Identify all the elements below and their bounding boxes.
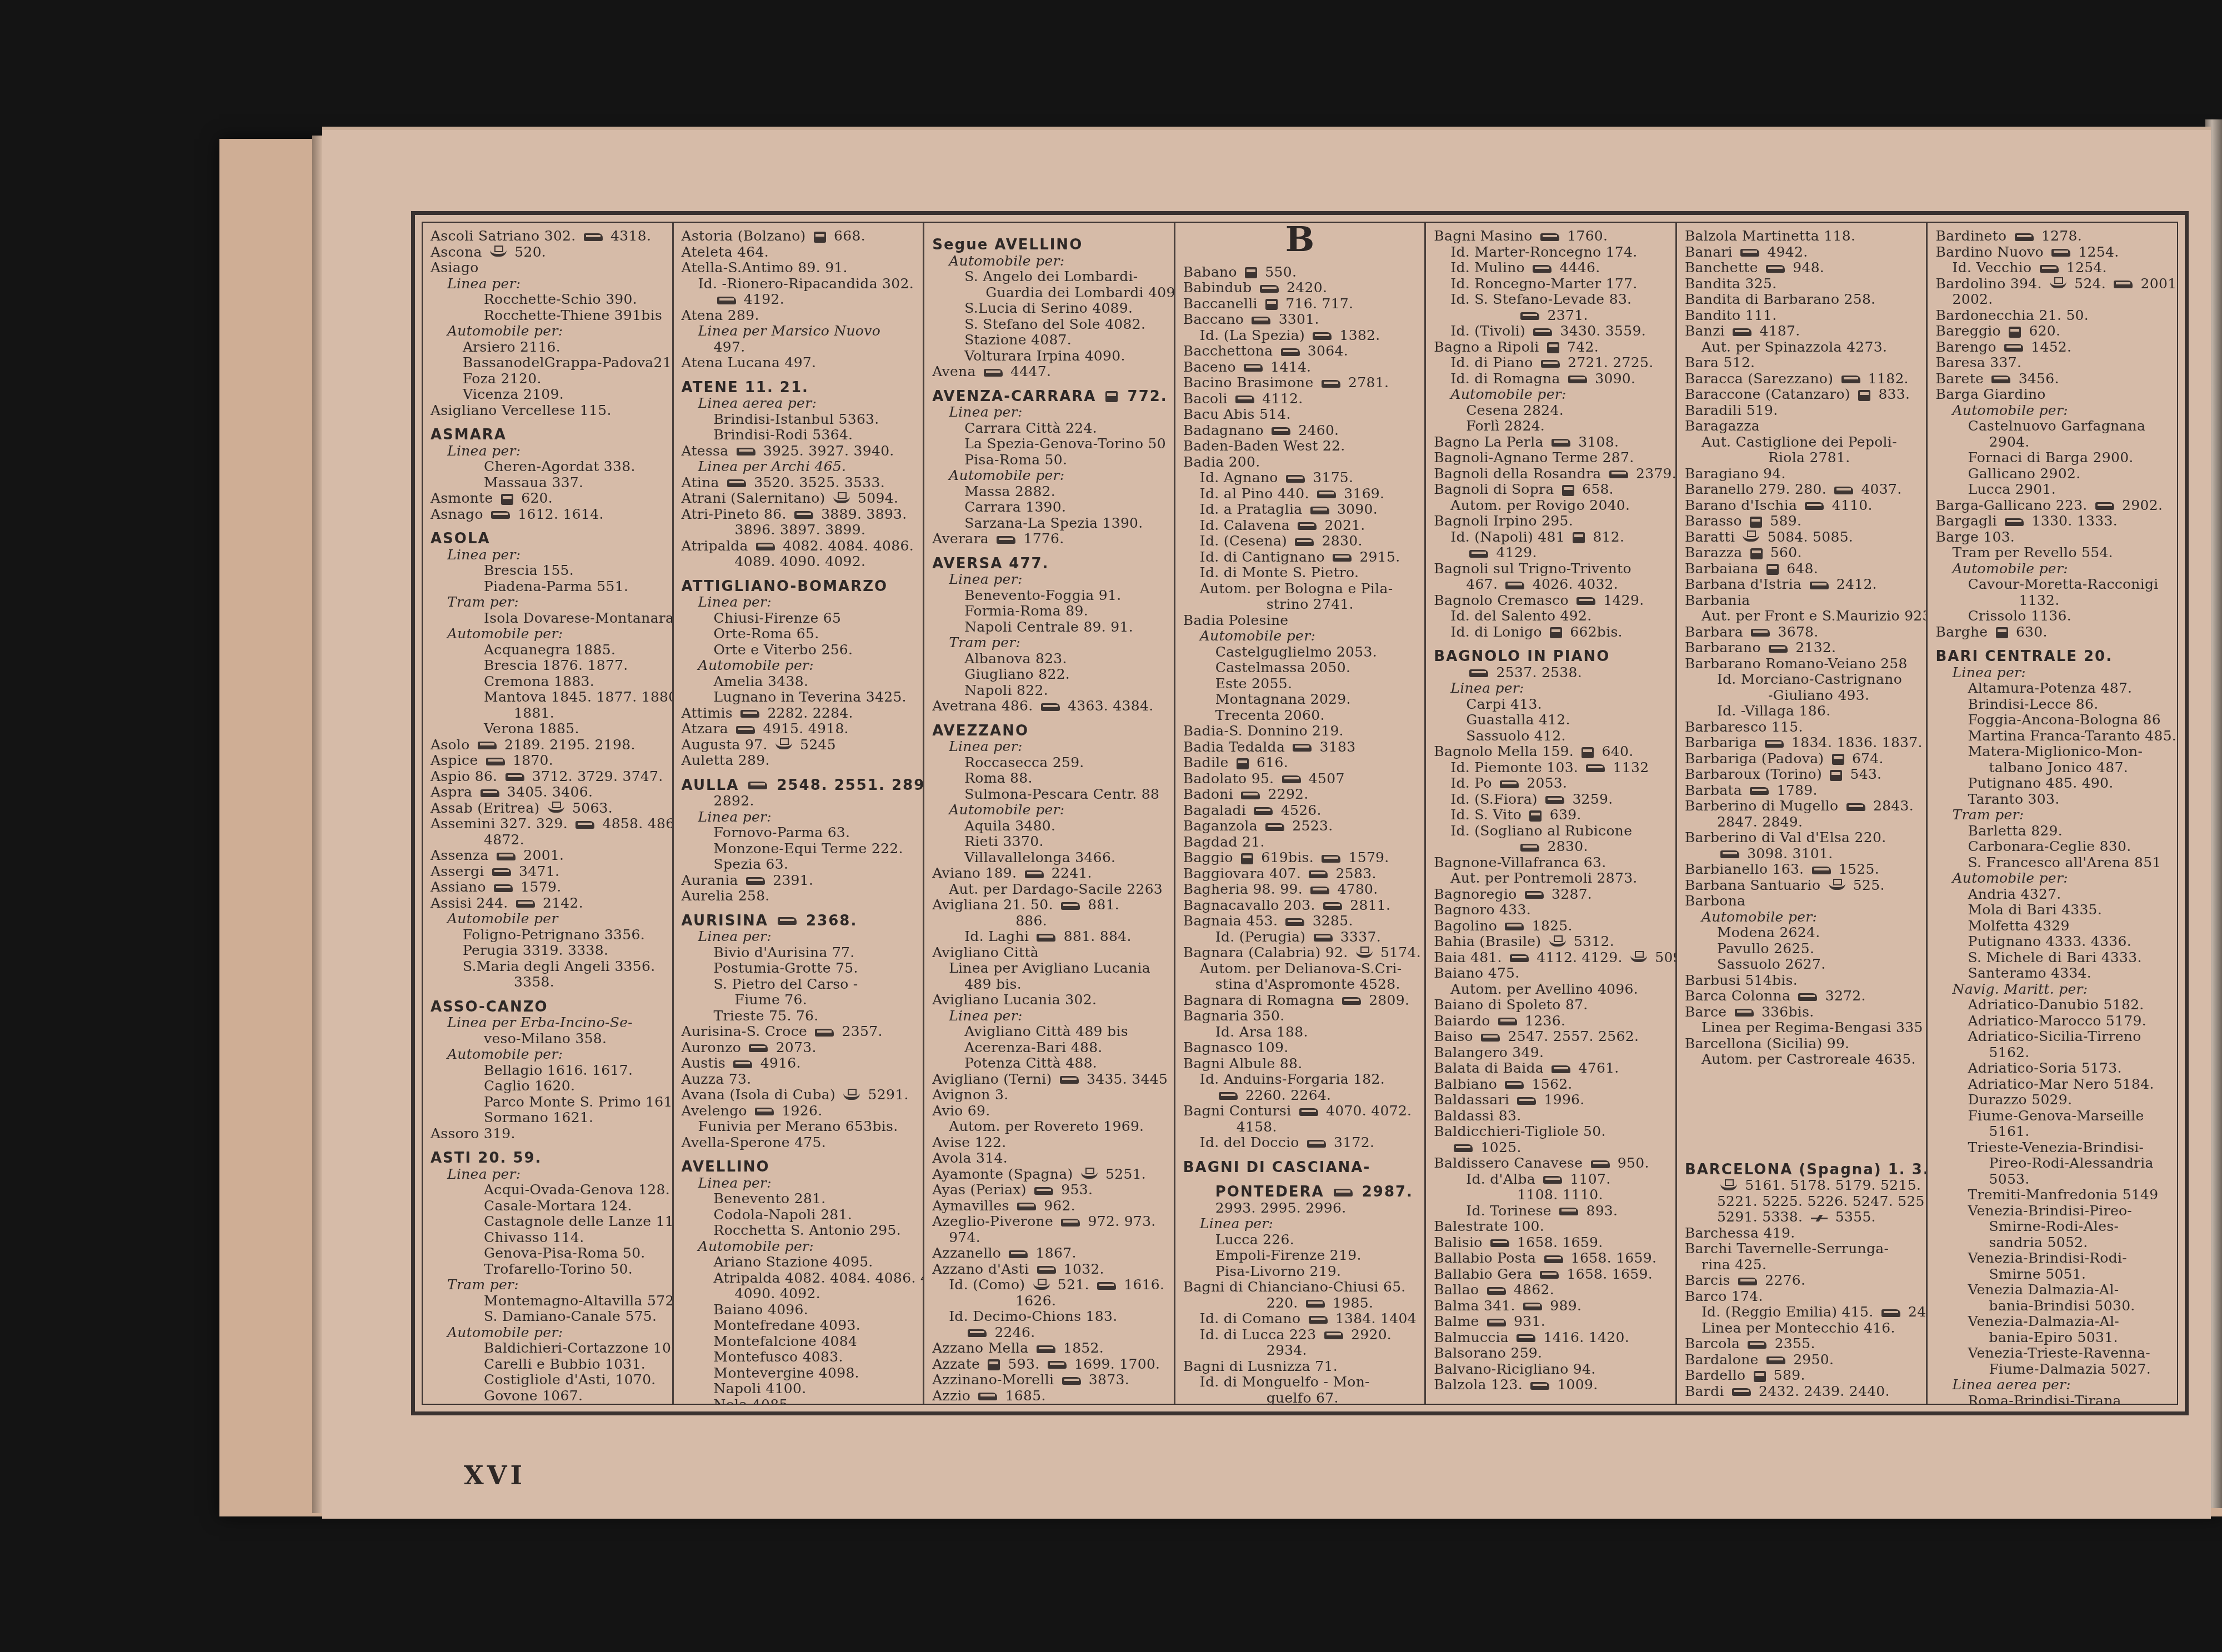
autobus-icon — [2040, 265, 2059, 273]
ship-icon — [2050, 281, 2066, 288]
index-entry: Barberino di Mugello 2843. — [1685, 798, 1921, 814]
autobus-icon — [1260, 285, 1279, 293]
ship-icon — [1549, 939, 1566, 947]
index-entry: 3896. 3897. 3899. — [682, 522, 918, 538]
autobus-icon — [794, 511, 813, 519]
index-entry: Bagni Masino 1760. — [1434, 228, 1670, 244]
index-entry: Mola di Bari 4335. — [1935, 902, 2171, 918]
autobus-icon — [1309, 870, 1328, 878]
index-entry: 2830. — [1434, 839, 1670, 855]
tram-icon — [1550, 627, 1562, 638]
index-entry: guelfo 67. — [1183, 1390, 1419, 1404]
index-entry: Pisa-Livorno 219. — [1183, 1264, 1419, 1280]
index-entry: Id. (Tivoli) 3430. 3559. — [1434, 323, 1670, 339]
index-entry: Bandita 325. — [1685, 276, 1921, 292]
index-entry: Barberino di Val d'Elsa 220. — [1685, 830, 1921, 846]
index-entry: Id. Marter-Roncegno 174. — [1434, 244, 1670, 261]
index-entry: Bagnara (Calabria) 92. 5174. — [1183, 945, 1419, 961]
index-heading: BAGNI DI CASCIANA- — [1183, 1160, 1419, 1176]
index-entry: Linea per: — [682, 594, 918, 610]
index-entry: Linea aerea per: — [1935, 1377, 2171, 1393]
index-entry: Linea aerea per: — [682, 396, 918, 412]
index-entry: Molfetta 4329 — [1935, 918, 2171, 934]
autobus-icon — [1812, 867, 1831, 874]
index-entry: Venezia-Dalmazia-Al- — [1935, 1314, 2171, 1330]
index-entry: Matera-Miglionico-Mon- — [1935, 744, 2171, 760]
index-entry: Napoli Centrale 89. 91. — [932, 619, 1168, 635]
index-entry: Baldissero Canavese 950. — [1434, 1155, 1670, 1172]
index-entry: 2993. 2995. 2996. — [1183, 1200, 1419, 1217]
index-entry: Assemini 327. 329. 4858. 4865. — [431, 816, 667, 832]
index-entry: Bareggio 620. — [1935, 323, 2171, 339]
index-entry: Id. Morciano-Castrignano — [1685, 672, 1921, 688]
index-entry: -Giuliano 493. — [1685, 688, 1921, 704]
index-entry: Azzinano-Morelli 3873. — [932, 1372, 1168, 1388]
column-container: Ascoli Satriano 302. 4318.Ascona 520.Asi… — [422, 222, 2178, 1405]
index-entry: Azzano Mella 1852. — [932, 1340, 1168, 1356]
index-entry: Asolo 2189. 2195. 2198. — [431, 737, 667, 753]
index-entry: veso-Milano 358. — [431, 1031, 667, 1047]
index-entry: Castelguglielmo 2053. — [1183, 644, 1419, 660]
index-heading: BARI CENTRALE 20. — [1935, 649, 2171, 665]
index-entry: Baiardo 1236. — [1434, 1013, 1670, 1029]
index-entry: Barce 336bis. — [1685, 1004, 1921, 1020]
index-entry — [1685, 1141, 1921, 1153]
autobus-icon — [1252, 317, 1270, 324]
autobus-icon — [1254, 807, 1273, 815]
autobus-icon — [1037, 1345, 1055, 1353]
index-entry: Bagni di Lusnizza 71. — [1183, 1359, 1419, 1375]
autobus-icon — [2004, 344, 2023, 352]
index-heading: AVEZZANO — [932, 723, 1168, 739]
index-entry: Badagnano 2460. — [1183, 423, 1419, 439]
index-entry: Barasso 589. — [1685, 513, 1921, 529]
index-entry: Trecenta 2060. — [1183, 708, 1419, 724]
index-entry: Automobile per: — [932, 802, 1168, 818]
index-entry: Automobile per: — [1935, 561, 2171, 577]
index-entry: Bagheria 98. 99. 4780. — [1183, 882, 1419, 898]
index-entry: Tram per: — [932, 635, 1168, 651]
index-entry: Barengo 1452. — [1935, 339, 2171, 356]
autobus-icon — [2005, 518, 2024, 526]
index-entry: Sulmona-Pescara Centr. 88 — [932, 787, 1168, 803]
autobus-icon — [1505, 582, 1524, 589]
index-entry: Spezia 63. — [682, 857, 918, 873]
autobus-icon — [1293, 744, 1312, 752]
index-entry: Id. S. Stefano-Levade 83. — [1434, 292, 1670, 308]
index-entry: Barbara 3678. — [1685, 624, 1921, 640]
index-entry: Chivasso 114. — [431, 1230, 667, 1246]
index-entry: Bagnara di Romagna 2809. — [1183, 993, 1419, 1009]
autobus-icon — [984, 369, 1003, 377]
autobus-icon — [815, 1029, 834, 1037]
index-entry: 1132. — [1935, 593, 2171, 609]
index-entry: Baraccone (Catanzaro) 833. — [1685, 387, 1921, 403]
index-entry: Azeglio-Piverone 972. 973. — [932, 1214, 1168, 1230]
index-entry: Barghe 630. — [1935, 624, 2171, 640]
autobus-icon — [1533, 328, 1552, 336]
index-entry: Badia Tedalda 3183 — [1183, 739, 1419, 755]
autobus-icon — [755, 1108, 774, 1115]
index-entry: Balsorano 259. — [1434, 1345, 1670, 1361]
index-entry: Empoli-Firenze 219. — [1183, 1248, 1419, 1264]
tram-icon — [988, 1359, 1000, 1370]
tram-icon — [1582, 747, 1594, 758]
autobus-icon — [1469, 669, 1488, 677]
index-entry: Autom. per Rovereto 1969. — [932, 1119, 1168, 1135]
index-entry: Monzone-Equi Terme 222. — [682, 841, 918, 857]
autobus-icon — [1577, 597, 1595, 605]
tram-icon — [1750, 548, 1763, 559]
index-entry: Bagno La Perla 3108. — [1434, 434, 1670, 450]
autobus-icon — [1324, 1331, 1343, 1339]
index-entry: Id. Anduins-Forgaria 182. — [1183, 1072, 1419, 1088]
index-entry: Brindisi-Lecce 86. — [1935, 697, 2171, 713]
index-entry: Smirne-Rodi-Ales- — [1935, 1219, 2171, 1235]
index-entry: Bagnoli Irpino 295. — [1434, 513, 1670, 529]
index-entry: Pisa-Roma 50. — [932, 452, 1168, 468]
tram-icon — [1858, 390, 1870, 401]
index-entry: Atessa 3925. 3927. 3940. — [682, 443, 918, 459]
index-entry — [1685, 1117, 1921, 1129]
index-entry: Vicenza 2109. — [431, 387, 667, 403]
index-entry: Potenza Città 488. — [932, 1055, 1168, 1072]
index-entry: Id. Roncegno-Marter 177. — [1434, 276, 1670, 292]
index-entry: Chiusi-Firenze 65 — [682, 610, 918, 627]
index-entry: Avana (Isola di Cuba) 5291. — [682, 1087, 918, 1103]
autobus-icon — [1805, 502, 1824, 510]
index-entry: Lucca 2901. — [1935, 482, 2171, 498]
index-entry: Auronzo 2073. — [682, 1040, 918, 1056]
page-number: XVI — [464, 1460, 526, 1490]
index-entry: Id. del Salento 492. — [1434, 608, 1670, 624]
index-entry: Id. Torinese 893. — [1434, 1203, 1670, 1219]
index-entry: Augusta 97. 5245 — [682, 737, 918, 753]
index-entry: Badolato 95. 4507 — [1183, 771, 1419, 787]
index-entry: Linea per: — [431, 1167, 667, 1183]
autobus-icon — [584, 233, 603, 241]
ship-icon — [1829, 882, 1845, 890]
index-entry: Foggia-Ancona-Bologna 86 — [1935, 712, 2171, 728]
index-entry: Rocchetta S. Antonio 295. — [682, 1223, 918, 1239]
index-heading: Segue AVELLINO — [932, 237, 1168, 253]
index-entry: Sormano 1621. — [431, 1110, 667, 1126]
autobus-icon — [1810, 582, 1829, 589]
tram-icon — [1832, 754, 1844, 765]
index-entry: Bardello 589. — [1685, 1368, 1921, 1384]
autobus-icon — [1769, 645, 1788, 653]
autobus-icon — [1750, 787, 1769, 795]
index-entry: Id. -Rionero-Ripacandida 302. — [682, 276, 918, 292]
index-heading: ASMARA — [431, 427, 667, 443]
index-entry: Baragazza — [1685, 418, 1921, 434]
index-entry: Bagno a Ripoli 742. — [1434, 339, 1670, 356]
index-entry: Id. (Perugia) 3337. — [1183, 929, 1419, 945]
index-entry: Badoni 2292. — [1183, 787, 1419, 803]
index-entry: Barco 174. — [1685, 1289, 1921, 1305]
index-entry: Auletta 289. — [682, 753, 918, 769]
index-entry: Id. del Doccio 3172. — [1183, 1135, 1419, 1151]
index-entry: Formia-Roma 89. — [932, 603, 1168, 619]
tram-icon — [1750, 517, 1762, 528]
index-entry: Barazza 560. — [1685, 545, 1921, 561]
index-entry: Barga Giardino — [1935, 387, 2171, 403]
autobus-icon — [1846, 803, 1865, 811]
index-entry: Tremiti-Manfredonia 5149 — [1935, 1187, 2171, 1203]
index-entry: Id. Decimo-Chions 183. — [932, 1309, 1168, 1325]
index-entry: Baiano 4096. — [682, 1302, 918, 1318]
index-entry: Acqui-Ovada-Genova 128. — [431, 1182, 667, 1198]
index-entry: Id. S. Vito 639. — [1434, 807, 1670, 823]
autobus-icon — [1766, 1356, 1785, 1364]
index-entry: Barbarano 2132. — [1685, 640, 1921, 656]
index-entry: Adriatico-Sicilia-Tirreno — [1935, 1029, 2171, 1045]
index-entry: Baratti 5084. 5085. — [1685, 529, 1921, 545]
index-entry: Id. al Pino 440. 3169. — [1183, 486, 1419, 502]
index-entry: Baranello 279. 280. 4037. — [1685, 482, 1921, 498]
autobus-icon — [1568, 376, 1587, 383]
index-entry: Barbaiana 648. — [1685, 561, 1921, 577]
index-entry: Barbaroux (Torino) 543. — [1685, 767, 1921, 783]
index-entry: Automobile per: — [431, 1325, 667, 1341]
index-entry: Barca Colonna 3272. — [1685, 988, 1921, 1004]
index-entry: Putignano 4333. 4336. — [1935, 934, 2171, 950]
autobus-icon — [1298, 522, 1317, 530]
index-entry: Montemagno-Altavilla 572. — [431, 1293, 667, 1309]
index-entry: 886. — [932, 913, 1168, 929]
index-entry: Id. di Monguelfo - Mon- — [1183, 1374, 1419, 1390]
autobus-icon — [1037, 1266, 1056, 1274]
index-entry: Bandita di Barbarano 258. — [1685, 292, 1921, 308]
index-entry: Fornovo-Parma 63. — [682, 825, 918, 841]
index-entry: Banchette 948. — [1685, 260, 1921, 276]
tram-icon — [1241, 853, 1253, 864]
index-entry: Orte-Roma 65. — [682, 626, 918, 642]
index-entry: 2904. — [1935, 434, 2171, 450]
index-entry: Guardia dei Lombardi 4092. — [932, 285, 1168, 301]
tram-icon — [1105, 391, 1118, 402]
index-heading: PONTEDERA 2987. — [1183, 1184, 1419, 1200]
autobus-icon — [1097, 1282, 1116, 1290]
index-entry: Id. di Cantignano 2915. — [1183, 549, 1419, 565]
index-entry: Balzola Martinetta 118. — [1685, 228, 1921, 244]
index-entry: Ballabio Posta 1658. 1659. — [1434, 1250, 1670, 1266]
index-entry: Barbania — [1685, 593, 1921, 609]
index-entry: Auzza 73. — [682, 1072, 918, 1088]
index-entry: Aurelia 258. — [682, 888, 918, 904]
index-entry: Napoli 4100. — [682, 1381, 918, 1397]
index-entry: Id. di Lonigo 662bis. — [1434, 624, 1670, 640]
index-entry: Trofarello-Torino 50. — [431, 1261, 667, 1278]
autobus-icon — [1333, 554, 1352, 562]
index-entry: S. Damiano-Canale 575. — [431, 1309, 667, 1325]
index-entry: Baiso 2547. 2557. 2562. — [1434, 1029, 1670, 1045]
index-entry: Carbonara-Ceglie 830. — [1935, 839, 2171, 855]
index-entry: Bagni Albule 88. — [1183, 1056, 1419, 1072]
index-entry: 497. — [682, 339, 918, 356]
index-entry: Sassuolo 412. — [1434, 728, 1670, 744]
index-entry: Baldichieri-Cortazzone 1025. — [431, 1340, 667, 1356]
ship-icon — [490, 249, 507, 257]
autobus-icon — [478, 742, 497, 749]
index-entry: Pireo-Rodi-Alessandria — [1935, 1155, 2171, 1172]
index-heading: AVELLINO — [682, 1159, 918, 1175]
index-entry: 2002. — [1935, 292, 2171, 308]
autobus-icon — [1487, 1319, 1506, 1326]
index-entry: Bardalone 2950. — [1685, 1352, 1921, 1368]
index-entry: Balestrate 100. — [1434, 1219, 1670, 1235]
index-entry: Bagnoregio 3287. — [1434, 887, 1670, 903]
index-entry: Postumia-Grotte 75. — [682, 960, 918, 977]
autobus-icon — [1517, 1334, 1535, 1342]
index-entry: Bivio d'Aurisina 77. — [682, 945, 918, 961]
index-entry: Carpi 413. — [1434, 697, 1670, 713]
index-entry: Altamura-Potenza 487. — [1935, 680, 2171, 697]
index-entry: Baden-Baden West 22. — [1183, 438, 1419, 454]
autobus-icon — [1272, 427, 1290, 435]
index-entry: 4158. — [1183, 1119, 1419, 1135]
autobus-icon — [1609, 470, 1628, 478]
index-entry: Barletta 829. — [1935, 823, 2171, 839]
autobus-icon — [1241, 792, 1260, 799]
index-entry: Martina Franca-Taranto 485. — [1935, 728, 2171, 744]
index-entry: 1626. — [932, 1293, 1168, 1309]
index-entry: 1881. — [431, 705, 667, 722]
index-entry: Bagnolo Mella 159. 640. — [1434, 744, 1670, 760]
index-entry: Linea per: — [431, 547, 667, 563]
index-entry: Linea per Archi 465. — [682, 459, 918, 475]
autobus-icon — [1540, 1271, 1559, 1279]
ship-icon — [1081, 1171, 1098, 1179]
index-entry: Id. Mulino 4446. — [1434, 260, 1670, 276]
autobus-icon — [1334, 1189, 1353, 1197]
index-entry: Trieste 75. 76. — [682, 1008, 918, 1024]
index-entry: Attimis 2282. 2284. — [682, 705, 918, 722]
autobus-icon — [1530, 1382, 1549, 1390]
autobus-icon — [1517, 1097, 1536, 1105]
autobus-icon — [481, 789, 499, 797]
index-entry: Bagnaia 453. 3285. — [1183, 913, 1419, 929]
autobus-icon — [968, 1329, 987, 1337]
index-entry: Castelmassa 2050. — [1183, 660, 1419, 676]
autobus-icon — [491, 511, 510, 519]
index-column-1: Ascoli Satriano 302. 4318.Ascona 520.Asi… — [423, 223, 674, 1404]
index-entry: 5291. 5338. 5355. — [1685, 1209, 1921, 1225]
index-entry: Badia 200. — [1183, 454, 1419, 470]
index-entry: Adriatico-Soria 5173. — [1935, 1060, 2171, 1077]
index-entry: 2892. — [682, 793, 918, 809]
index-entry: Id. Piemonte 103. 1132 — [1434, 760, 1670, 776]
index-entry: Atzara 4915. 4918. — [682, 721, 918, 737]
index-entry: Bagolino 1825. — [1434, 918, 1670, 934]
index-entry: Riola 2781. — [1685, 450, 1921, 466]
index-entry: 4129. — [1434, 545, 1670, 561]
autobus-icon — [1544, 1255, 1563, 1263]
index-entry: Automobile per: — [1183, 628, 1419, 644]
autobus-icon — [1285, 918, 1304, 926]
autobus-icon — [1017, 1203, 1036, 1210]
section-letter: B — [1183, 232, 1419, 248]
autobus-icon — [1469, 550, 1488, 558]
index-entry: S. Angelo dei Lombardi- — [932, 269, 1168, 285]
index-entry: Bagdad 21. — [1183, 834, 1419, 850]
autobus-icon — [1062, 1377, 1081, 1385]
index-entry: Venezia Dalmazia-Al- — [1935, 1282, 2171, 1298]
index-entry: Linea per Montecchio 416. — [1685, 1320, 1921, 1336]
autobus-icon — [1309, 1316, 1328, 1324]
index-entry: Assoro 319. — [431, 1126, 667, 1142]
index-entry: Id. (Sogliano al Rubicone — [1434, 823, 1670, 839]
autobus-icon — [733, 1060, 752, 1068]
index-entry: Azzanello 1867. — [932, 1245, 1168, 1261]
index-entry: Id. di Piano 2721. 2725. — [1434, 355, 1670, 371]
index-entry: Cremona 1883. — [431, 674, 667, 690]
index-heading: BAGNOLO IN PIANO — [1434, 649, 1670, 665]
autobus-icon — [1342, 997, 1361, 1005]
index-entry: sandria 5052. — [1935, 1235, 2171, 1251]
index-entry: 1025. — [1434, 1140, 1670, 1156]
autobus-icon — [717, 297, 736, 304]
index-entry: Brindisi-Istanbul 5363. — [682, 412, 918, 428]
index-entry: Atripalda 4082. 4084. 4086. — [682, 538, 918, 554]
index-entry: Foza 2120. — [431, 371, 667, 387]
autobus-icon — [749, 1044, 768, 1052]
autobus-icon — [1299, 1108, 1318, 1116]
index-entry: Barete 3456. — [1935, 371, 2171, 387]
index-entry: 974. — [932, 1230, 1168, 1246]
index-entry: Badia Polesine — [1183, 613, 1419, 629]
index-entry: bania-Epiro 5031. — [1935, 1330, 2171, 1346]
autobus-icon — [1740, 249, 1759, 257]
index-entry: Baia 481. 4112. 4129. 5097 — [1434, 950, 1670, 966]
autobus-icon — [486, 758, 505, 765]
index-entry: Azzio 1685. — [932, 1388, 1168, 1404]
autobus-icon — [1295, 538, 1314, 546]
index-entry: Taranto 303. — [1935, 792, 2171, 808]
autobus-icon — [748, 782, 767, 789]
index-entry: Fiume-Dalmazia 5027. — [1935, 1361, 2171, 1378]
index-entry: Aymavilles 962. — [932, 1198, 1168, 1214]
index-entry: Bagnacavallo 203. 2811. — [1183, 898, 1419, 914]
autobus-icon — [1591, 1160, 1610, 1168]
autobus-icon — [978, 1393, 997, 1400]
index-entry — [1685, 1068, 1921, 1080]
autobus-icon — [1061, 1219, 1080, 1227]
autobus-icon — [740, 710, 759, 718]
autobus-icon — [1034, 1187, 1053, 1195]
autobus-icon — [1552, 439, 1570, 447]
index-entry: Rieti 3370. — [932, 834, 1168, 850]
index-entry: Albanova 823. — [932, 651, 1168, 667]
index-entry: Bagnoli-Agnano Terme 287. — [1434, 450, 1670, 466]
index-entry: Babano 550. — [1183, 264, 1419, 281]
index-entry: Lugnano in Teverina 3425. — [682, 689, 918, 705]
autobus-icon — [1500, 780, 1519, 788]
tram-icon — [1562, 485, 1574, 496]
autobus-icon — [1505, 1081, 1524, 1089]
index-entry: Aspra 3405. 3406. — [431, 784, 667, 800]
tram-icon — [1573, 532, 1585, 543]
index-entry: Venezia-Trieste-Ravenna- — [1935, 1345, 2171, 1361]
index-entry: Balisio 1658. 1659. — [1434, 1235, 1670, 1251]
autobus-icon — [1545, 796, 1564, 804]
index-entry: Cesena 2824. — [1434, 403, 1670, 419]
index-entry: Orte e Viterbo 256. — [682, 642, 918, 658]
index-entry: Fornaci di Barga 2900. — [1935, 450, 2171, 466]
index-entry: bania-Brindisi 5030. — [1935, 1298, 2171, 1314]
index-entry: Cheren-Agordat 338. — [431, 459, 667, 475]
index-entry: Balbiano 1562. — [1434, 1077, 1670, 1093]
